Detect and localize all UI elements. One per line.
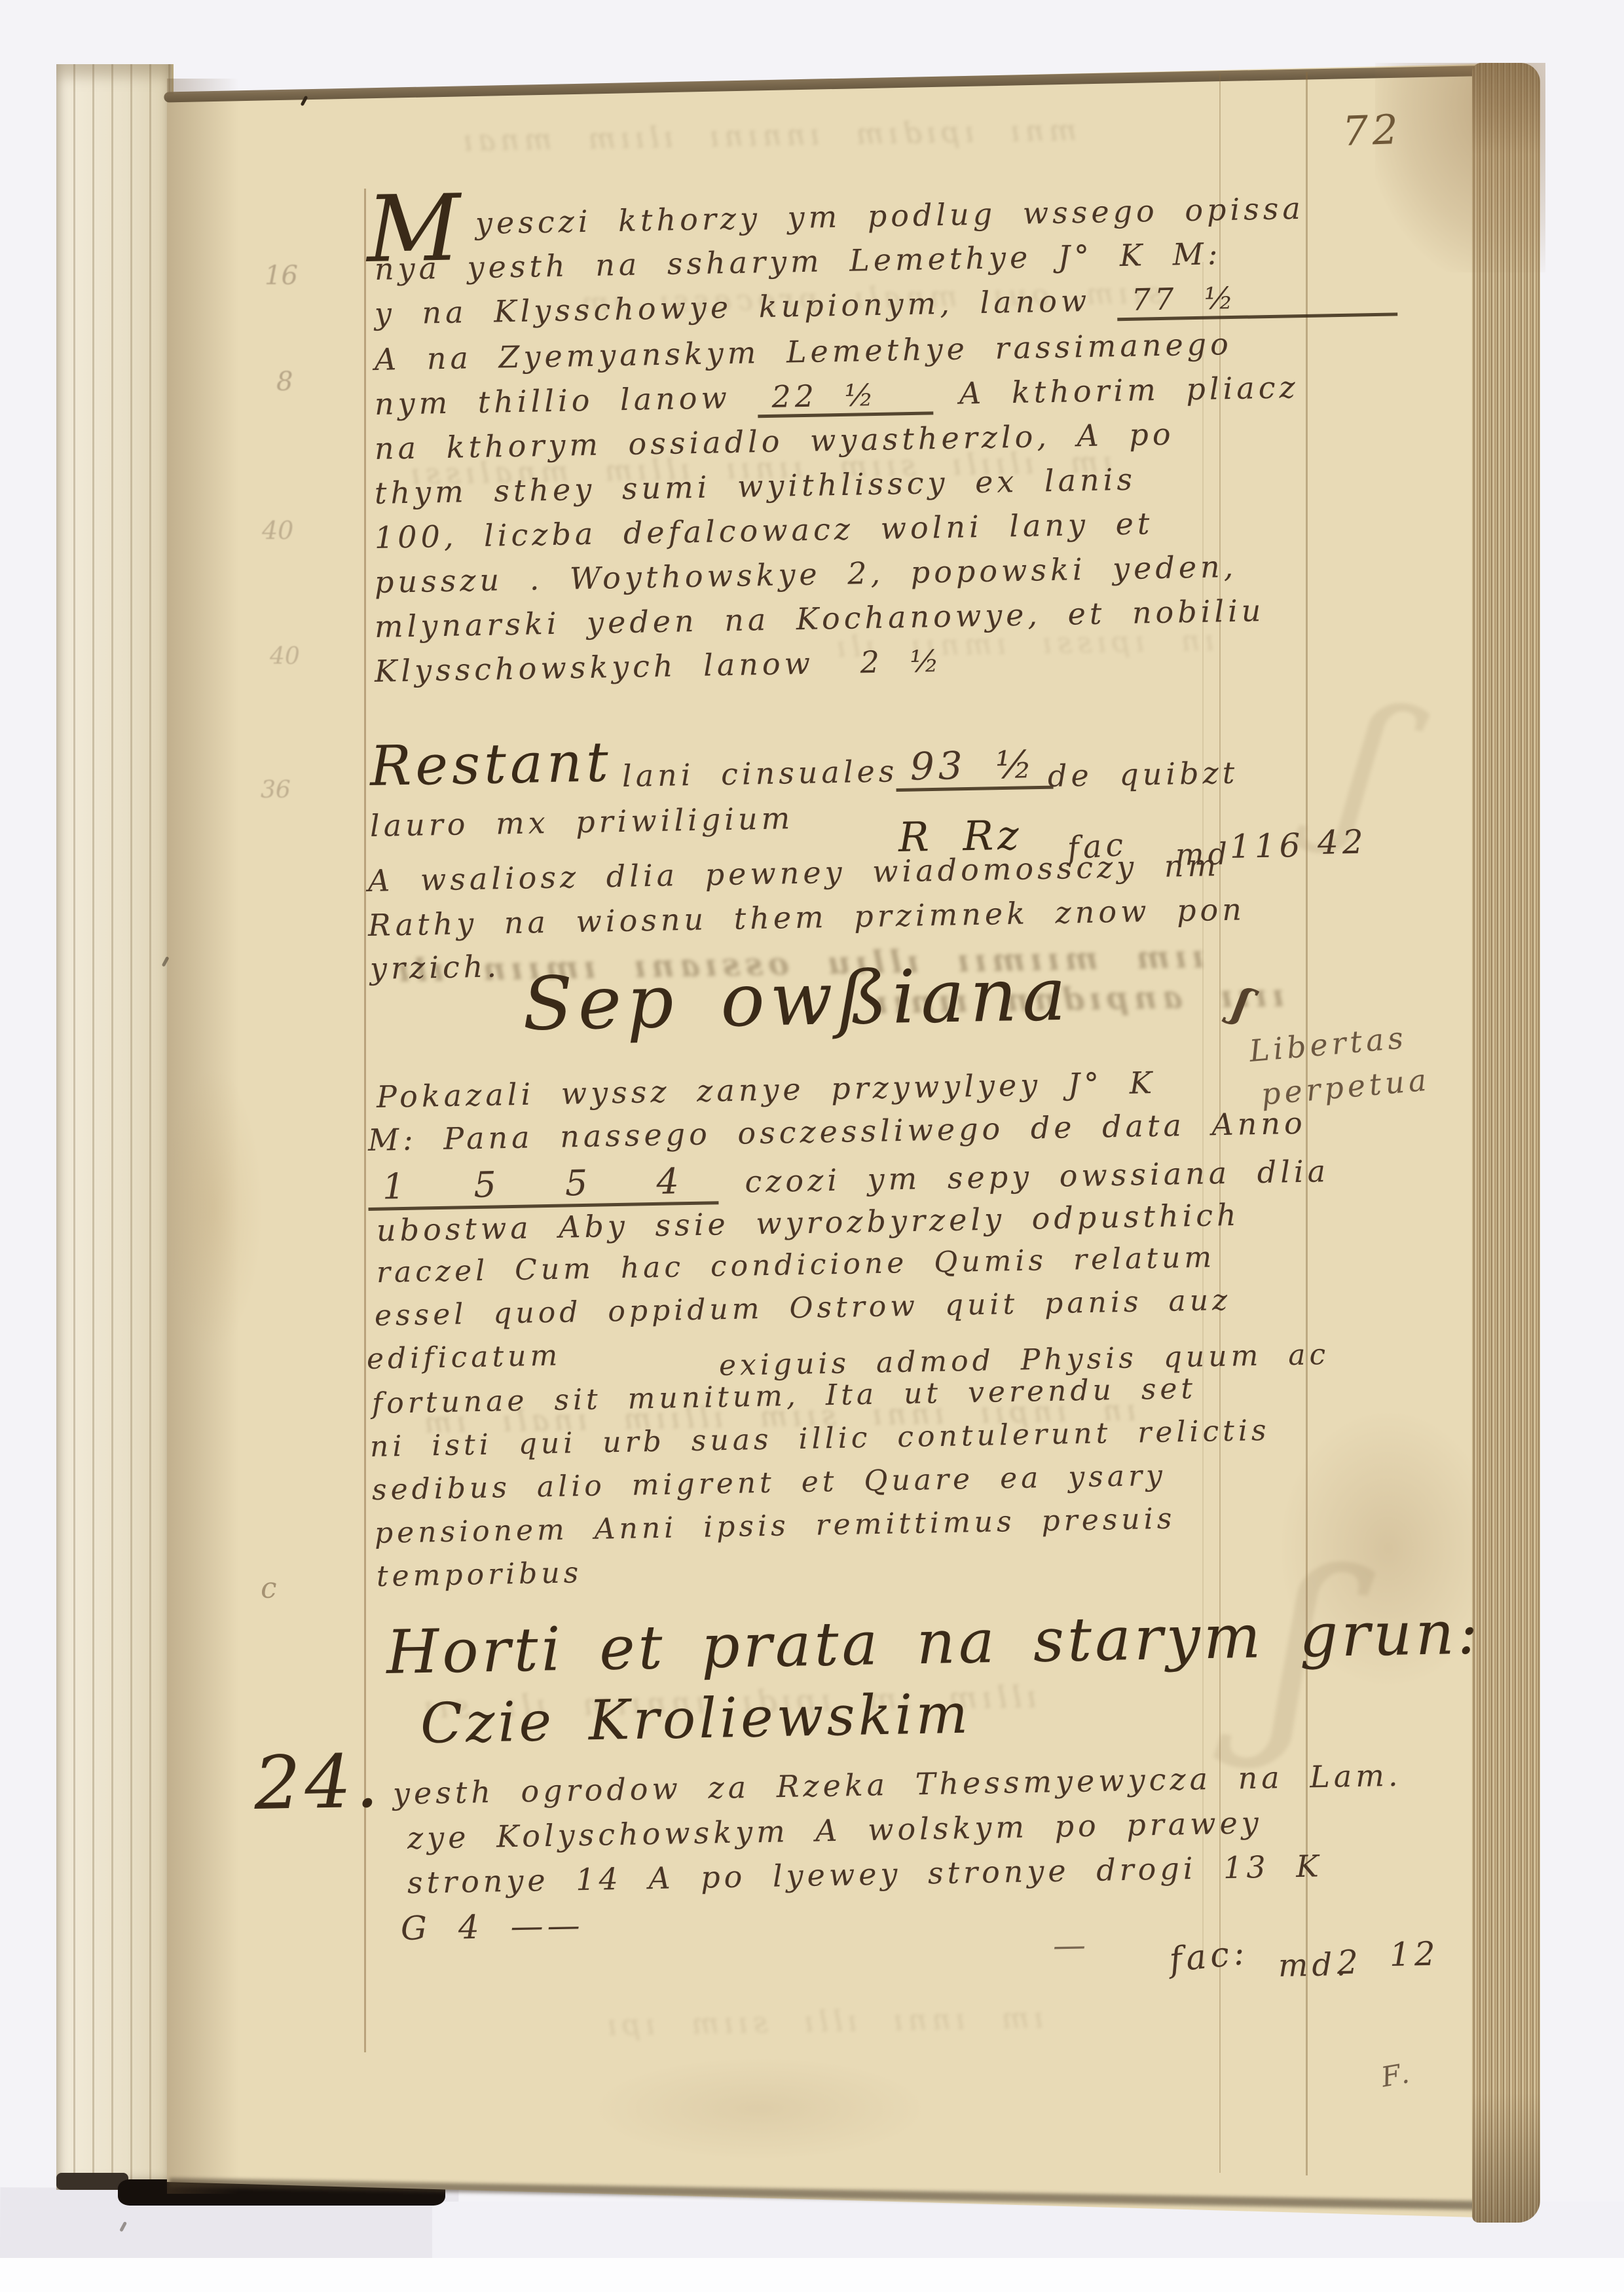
margin-number: 40 — [262, 516, 293, 545]
body-number: 2 ½ — [840, 643, 943, 680]
body-line: de quibzt — [1048, 758, 1239, 791]
amount-value: 116 — [1230, 829, 1304, 863]
scanner-bed-strip — [0, 2258, 1624, 2292]
body-text: nym thillio lanow — [374, 380, 731, 422]
margin-number: 36 — [261, 777, 291, 804]
bottom-ink-mark: F. — [1379, 2059, 1415, 2092]
bleed-through-text: ım ınnı ıllı sıım ıpı — [602, 2004, 1044, 2041]
tally-dash: — — [1053, 1929, 1090, 1962]
body-line: edificatum — [367, 1342, 562, 1374]
underlined-number: 77 ½ — [1116, 280, 1397, 321]
body-line: temporibus — [377, 1559, 583, 1591]
underlined-year: 1 5 5 4 — [367, 1163, 718, 1211]
heading-sep-owssiana: Sep owßiana — [522, 958, 1072, 1041]
amount-value: 42 — [1318, 826, 1368, 859]
heading-horti-line2: Czie Kroliewskim — [420, 1686, 972, 1751]
margin-item-number: 24. — [253, 1745, 383, 1821]
margin-number: 16 — [265, 261, 298, 291]
body-line: lauro mx priwiligium — [370, 803, 794, 841]
underlined-number: 22 ½ — [757, 379, 933, 418]
page-number: 72 — [1342, 109, 1403, 152]
body-line: 93 ½ — [895, 745, 1054, 792]
margin-number: 40 — [270, 643, 300, 670]
body-text: A kthorim pliacz — [959, 369, 1299, 411]
margin-c-mark: c — [261, 1574, 281, 1603]
book-fore-edge — [1472, 63, 1540, 2223]
amount-value: 12 — [1390, 1938, 1440, 1971]
amount-value: 2 — [1337, 1946, 1363, 1979]
body-line: lani cinsuales — [622, 756, 898, 791]
gutter-shadow — [167, 79, 239, 2194]
body-line: yrzich. — [370, 951, 501, 984]
restant-word: Restant — [369, 734, 612, 794]
closed-pages-stack — [56, 64, 174, 2190]
underlined-number: 93 ½ — [895, 745, 1054, 792]
fac-label: fac: — [1168, 1936, 1250, 1978]
body-line: G 4 —— — [401, 1909, 584, 1945]
margin-number: 8 — [276, 367, 293, 397]
